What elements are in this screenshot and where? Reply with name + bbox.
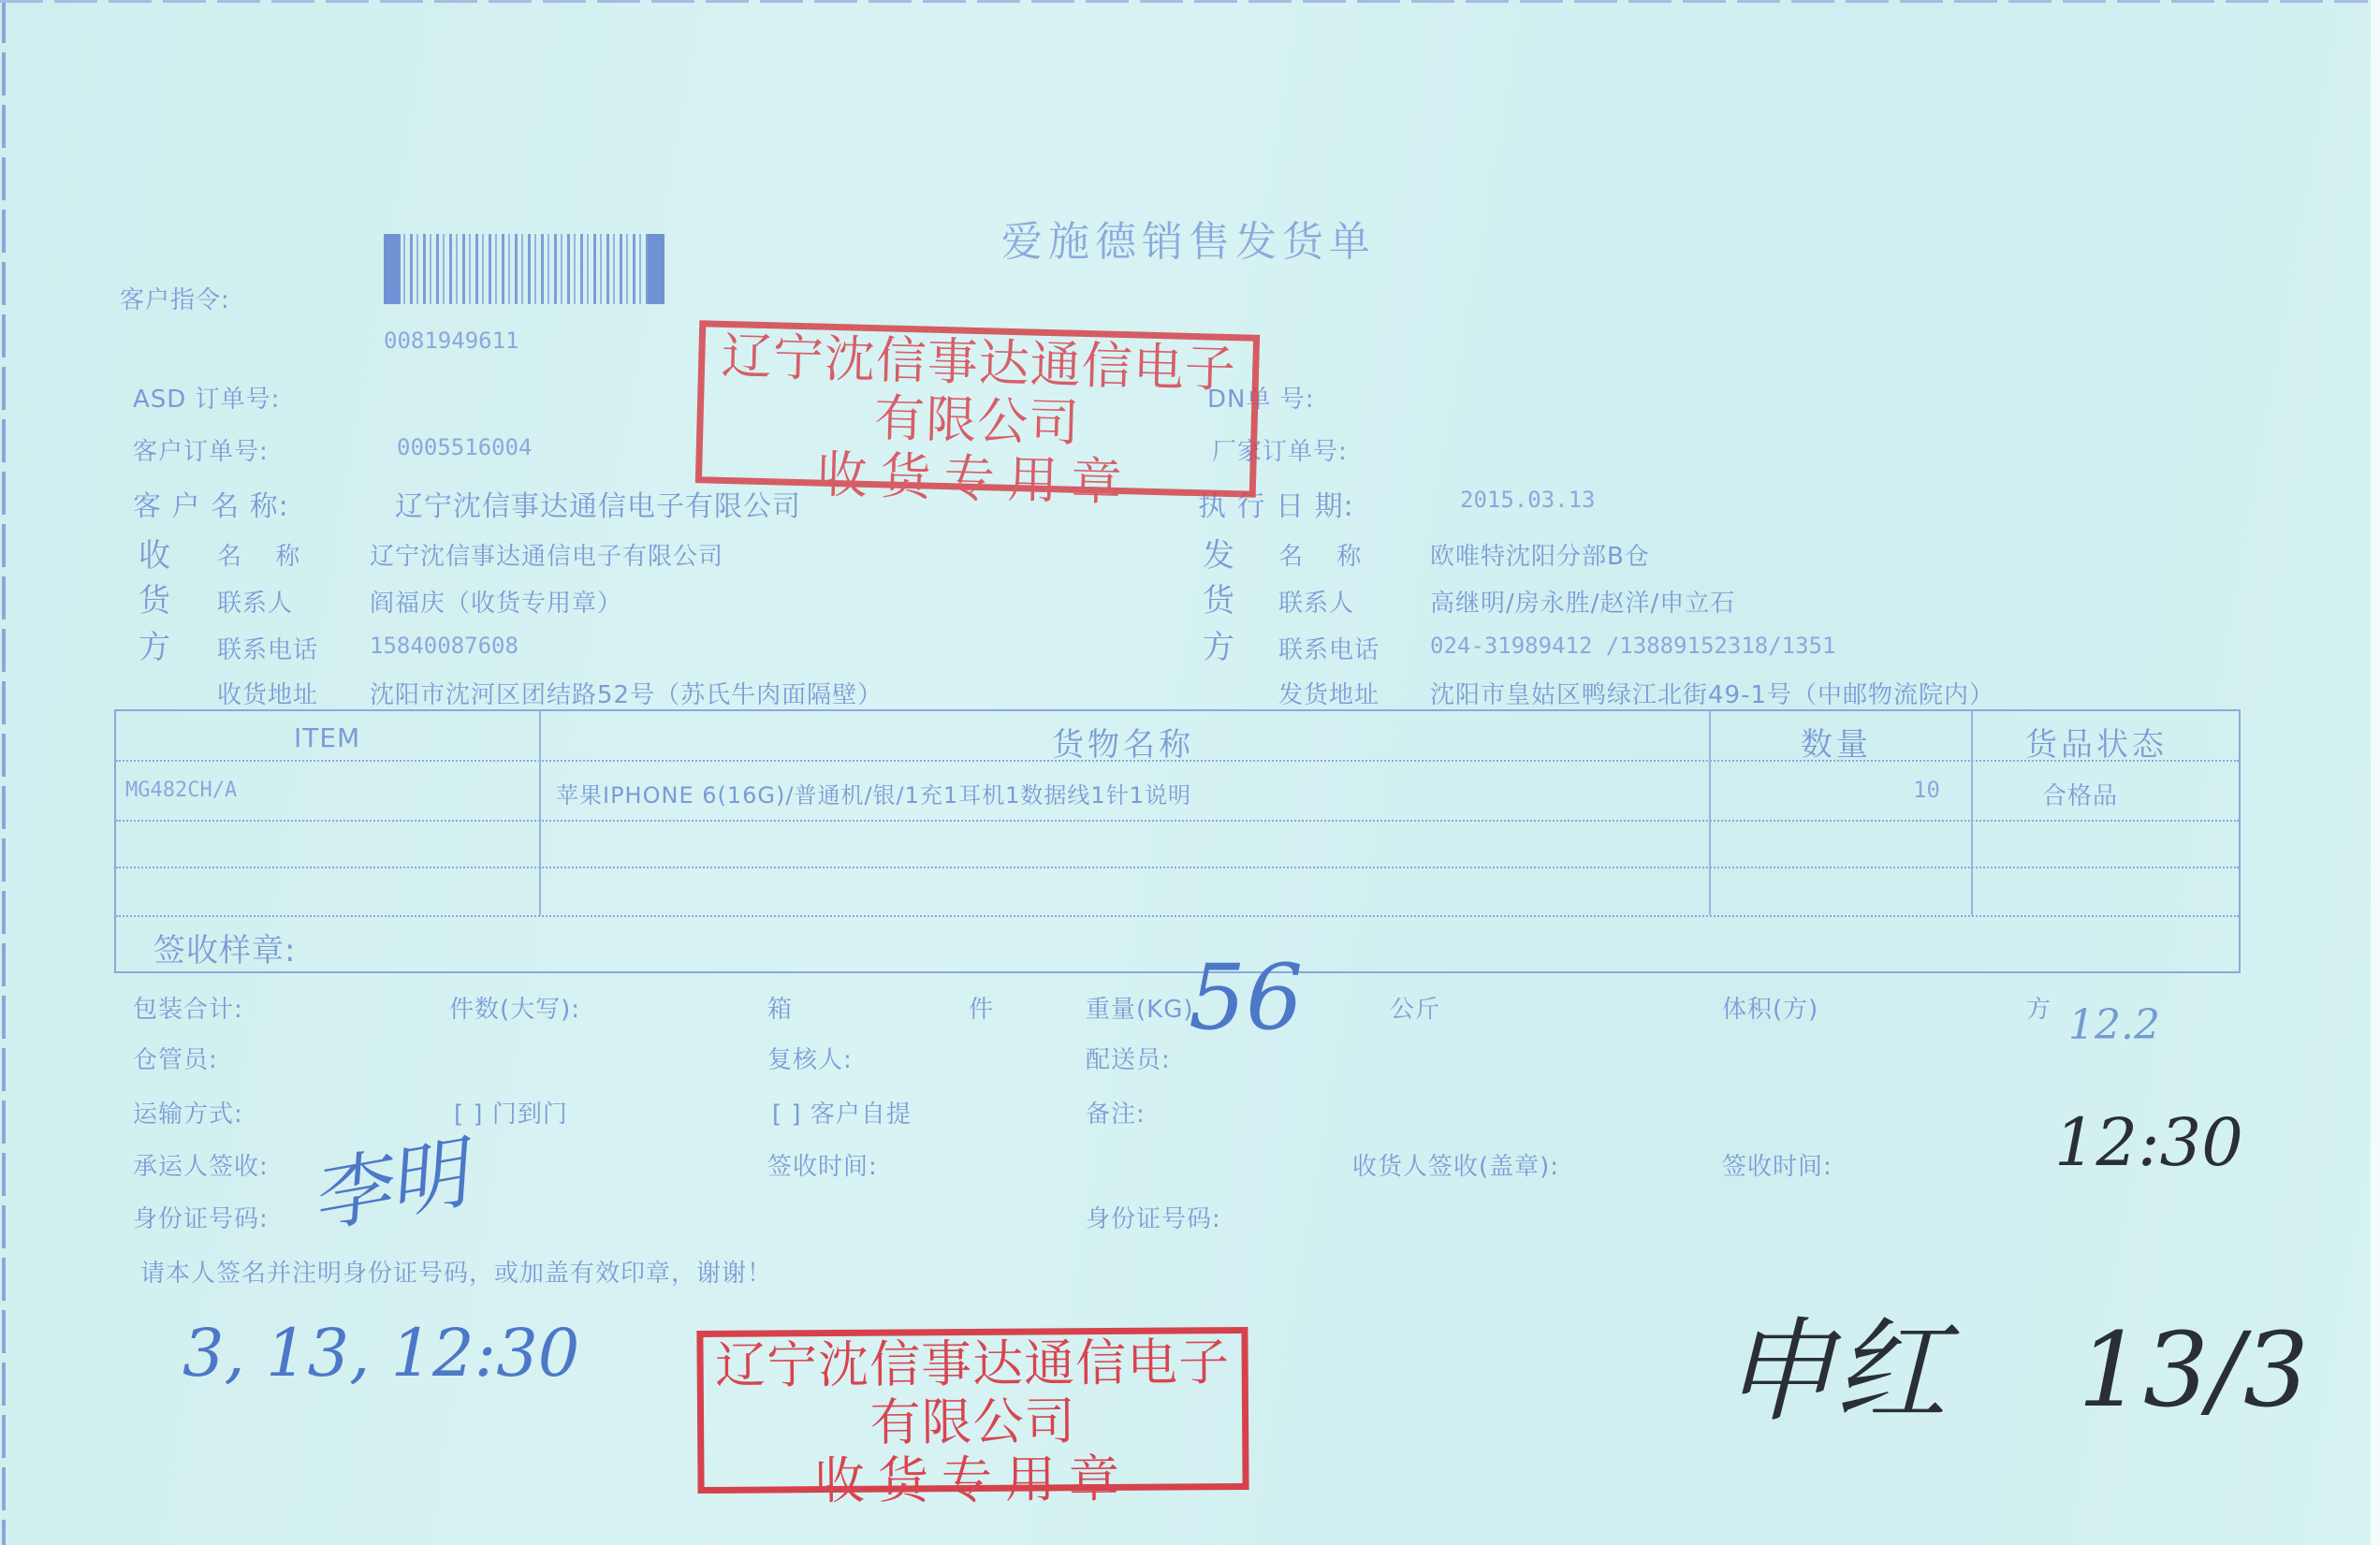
delivery-person-label: 配送员: bbox=[1086, 1041, 1171, 1075]
receiving-stamp-top: 辽宁沈信事达通信电子有限公司 收货专用章 bbox=[695, 320, 1260, 498]
column-header-goods-name: 货物名称 bbox=[1052, 719, 1194, 765]
shipper-phone-value: 024-31989412 /13889152318/1351 bbox=[1430, 633, 1835, 659]
paper-edge bbox=[2371, 0, 2380, 1545]
perforation-top bbox=[0, 0, 2368, 3]
receiver-contact-value: 阎福庆（收货专用章） bbox=[370, 584, 622, 619]
id-number-label-right: 身份证号码: bbox=[1086, 1200, 1221, 1234]
cell-quantity: 10 bbox=[1913, 777, 1940, 803]
exec-date-value: 2015.03.13 bbox=[1460, 487, 1596, 513]
volume-unit: 方 bbox=[2026, 990, 2051, 1025]
package-total-label: 包装合计: bbox=[133, 990, 243, 1025]
table-divider bbox=[116, 820, 2239, 822]
receiver-sign-time-label: 签收时间: bbox=[1722, 1147, 1832, 1182]
customer-order-value: 0005516004 bbox=[397, 434, 533, 460]
customer-instruction-value: 0081949611 bbox=[384, 328, 519, 354]
shipper-contact-label: 联系人 bbox=[1278, 584, 1354, 619]
cell-status: 合格品 bbox=[2042, 777, 2118, 811]
carrier-sign-time-label: 签收时间: bbox=[767, 1147, 878, 1182]
table-divider bbox=[116, 915, 2239, 917]
table-col-divider bbox=[1971, 711, 1973, 915]
stamp-company-name: 辽宁沈信事达通信电子有限公司 bbox=[703, 327, 1253, 457]
cell-item: MG482CH/A bbox=[125, 779, 237, 802]
shipper-name-label: 名 称 bbox=[1278, 537, 1374, 572]
option-customer-pickup[interactable]: [ ] 客户自提 bbox=[772, 1095, 912, 1130]
stamp-company-name: 辽宁沈信事达通信电子有限公司 bbox=[703, 1334, 1242, 1453]
receiver-contact-label: 联系人 bbox=[217, 584, 293, 619]
customer-order-label: 客户订单号: bbox=[133, 432, 269, 467]
shipper-contact-value: 高继明/房永胜/赵洋/申立石 bbox=[1430, 584, 1735, 619]
weight-label: 重量(KG) bbox=[1086, 990, 1194, 1025]
warehouse-keeper-label: 仓管员: bbox=[133, 1041, 218, 1075]
table-col-divider bbox=[539, 711, 541, 915]
sign-stamp-label: 签收样章: bbox=[153, 925, 296, 970]
checker-label: 复核人: bbox=[767, 1041, 853, 1075]
box-label: 箱 bbox=[767, 990, 793, 1025]
customer-name-label: 客 户 名 称: bbox=[133, 483, 289, 524]
table-col-divider bbox=[1709, 711, 1711, 915]
receiver-handwritten-date: 13/3 bbox=[2078, 1310, 2309, 1430]
piece-label: 件 bbox=[969, 990, 994, 1025]
pieces-label: 件数(大写): bbox=[449, 990, 580, 1025]
column-header-status: 货品状态 bbox=[2025, 719, 2168, 765]
shipper-name-value: 欧唯特沈阳分部B仓 bbox=[1430, 537, 1650, 572]
column-header-item: ITEM bbox=[294, 722, 360, 753]
table-divider bbox=[116, 867, 2239, 868]
id-number-label: 身份证号码: bbox=[133, 1200, 269, 1234]
receiver-signature: 申红 bbox=[1722, 1282, 1947, 1443]
shipper-address-value: 沈阳市皇姑区鸭绿江北街49-1号（中邮物流院内） bbox=[1430, 676, 1994, 710]
column-header-quantity: 数量 bbox=[1801, 719, 1872, 765]
document-title: 爱施德销售发货单 bbox=[1001, 208, 1376, 268]
remarks-label: 备注: bbox=[1086, 1095, 1146, 1130]
receiving-stamp-bottom: 辽宁沈信事达通信电子有限公司 收货专用章 bbox=[696, 1327, 1248, 1494]
barcode bbox=[384, 234, 664, 304]
receiver-side-char-2: 货 bbox=[139, 575, 171, 620]
stamp-purpose: 收货专用章 bbox=[704, 1450, 1242, 1511]
asd-order-label: ASD 订单号: bbox=[133, 380, 280, 415]
handwritten-volume: 12.2 bbox=[2068, 1001, 2160, 1049]
receiver-name-label: 名 称 bbox=[217, 537, 313, 572]
shipper-side-char-2: 货 bbox=[1203, 575, 1235, 620]
receiver-phone-value: 15840087608 bbox=[370, 633, 518, 659]
receiver-side-char-3: 方 bbox=[139, 621, 171, 667]
goods-table: ITEM 货物名称 数量 货品状态 MG482CH/A 苹果IPHONE 6(1… bbox=[114, 709, 2241, 973]
shipper-side-char-3: 方 bbox=[1203, 621, 1235, 667]
shipper-phone-label: 联系电话 bbox=[1278, 631, 1380, 665]
handwritten-receive-time: 12:30 bbox=[2054, 1104, 2243, 1181]
signature-notice: 请本人签名并注明身份证号码，或加盖有效印章，谢谢！ bbox=[140, 1254, 772, 1289]
receiver-sign-label: 收货人签收(盖章): bbox=[1352, 1147, 1559, 1182]
customer-instruction-label: 客户指令: bbox=[120, 281, 230, 315]
shipper-address-label: 发货地址 bbox=[1278, 676, 1380, 710]
receiver-phone-label: 联系电话 bbox=[217, 631, 318, 665]
receiver-side-char-1: 收 bbox=[139, 530, 171, 576]
shipper-side-char-1: 发 bbox=[1203, 530, 1235, 576]
perforation-left bbox=[2, 0, 6, 1545]
receiver-name-value: 辽宁沈信事达通信电子有限公司 bbox=[370, 537, 723, 572]
transport-method-label: 运输方式: bbox=[133, 1095, 243, 1130]
receiver-address-label: 收货地址 bbox=[217, 676, 318, 710]
carrier-sign-label: 承运人签收: bbox=[133, 1147, 269, 1182]
option-door-to-door[interactable]: [ ] 门到门 bbox=[454, 1095, 568, 1130]
receiver-address-value: 沈阳市沈河区团结路52号（苏氏牛肉面隔壁） bbox=[370, 676, 883, 710]
handwritten-weight: 56 bbox=[1189, 945, 1303, 1050]
kg-unit: 公斤 bbox=[1390, 990, 1440, 1025]
volume-label: 体积(方) bbox=[1722, 990, 1818, 1025]
handwritten-date-time: 3, 13, 12:30 bbox=[183, 1315, 579, 1392]
cell-goods-name: 苹果IPHONE 6(16G)/普通机/银/1充1耳机1数据线1针1说明 bbox=[556, 777, 1191, 809]
